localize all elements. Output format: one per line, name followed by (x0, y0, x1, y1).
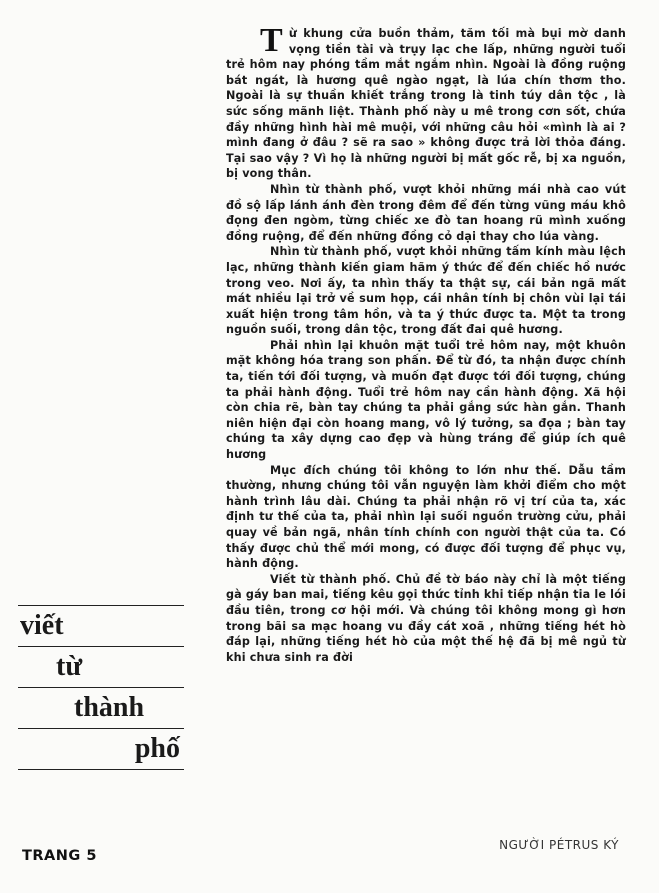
article-paragraph: Viết từ thành phố. Chủ đề tờ báo này chỉ… (226, 572, 626, 666)
section-title: viết từ thành phố (18, 605, 184, 770)
article-paragraph: Từ khung cửa buồn thảm, tăm tối mà bụi m… (226, 26, 626, 182)
article-paragraph: Nhìn từ thành phố, vượt khỏi những tấm k… (226, 244, 626, 338)
article-paragraph: Phải nhìn lại khuôn mặt tuổi trẻ hôm nay… (226, 338, 626, 463)
title-word: từ (18, 647, 184, 687)
article-body: Từ khung cửa buồn thảm, tăm tối mà bụi m… (226, 26, 626, 665)
title-word: thành (18, 688, 184, 728)
article-paragraph: Mục đích chúng tôi không to lớn như thế.… (226, 463, 626, 572)
title-word: phố (18, 729, 184, 769)
page-number: TRANG 5 (22, 848, 97, 864)
article-paragraph: Nhìn từ thành phố, vượt khỏi những mái n… (226, 182, 626, 244)
drop-cap: T (260, 28, 283, 54)
title-word: viết (18, 606, 184, 646)
author-signature: NGƯỜI PÉTRUS KÝ (499, 838, 619, 852)
divider (18, 769, 184, 770)
